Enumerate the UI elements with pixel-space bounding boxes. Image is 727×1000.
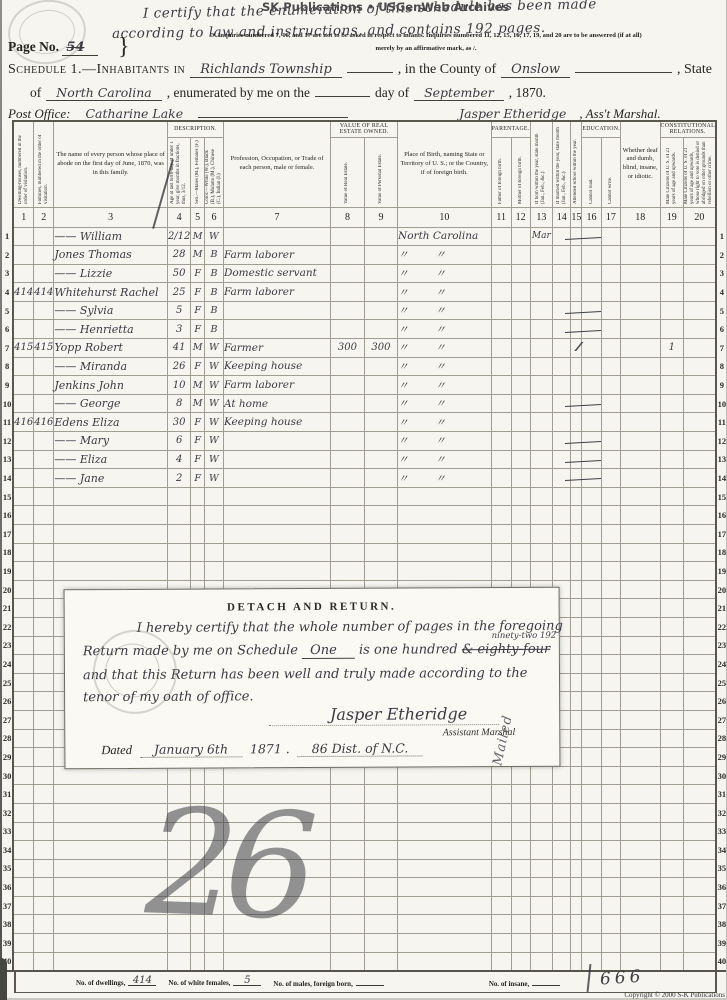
big-pencil-number: 26: [144, 789, 307, 940]
cell-occ: [223, 301, 330, 320]
cell-fb: [491, 357, 511, 376]
cell-fam: [34, 934, 54, 953]
column-group-header: DESCRIPTION.: [167, 121, 223, 137]
cell-deaf: [620, 543, 660, 562]
cell-deaf: [620, 432, 660, 451]
cell-c20: [684, 915, 716, 934]
cell-dw: 414: [13, 283, 34, 302]
cell-mb: [511, 301, 530, 320]
cell-c20: [684, 543, 716, 562]
cell-cr: [582, 748, 601, 767]
blank-rule: [198, 104, 348, 118]
cell-fam: [34, 655, 54, 674]
footer-ink-marks: 666: [599, 966, 645, 989]
cell-occ: Farm laborer: [223, 246, 330, 265]
cell-c20: [684, 264, 716, 283]
cell-born: [530, 822, 553, 841]
cell-cw: [601, 710, 620, 729]
cell-sex: [191, 952, 205, 971]
cell-fam: [34, 785, 54, 804]
cell-pob: [398, 822, 492, 841]
cell-pe: [364, 469, 397, 488]
cell-fb: [491, 934, 511, 953]
column-number: 4: [167, 207, 190, 227]
cell-mb: [511, 339, 530, 358]
row-number: 18: [2, 543, 13, 562]
cell-mar: [553, 525, 571, 544]
cell-dw: [13, 469, 34, 488]
cell-name: [54, 952, 168, 971]
cell-fam: [34, 432, 54, 451]
census-table: Dwelling-houses, numbered in the order o…: [2, 120, 727, 972]
cell-re: [331, 841, 365, 860]
cell-pe: [364, 413, 397, 432]
cell-sex: [191, 543, 205, 562]
cell-mar: [553, 487, 571, 506]
cell-cw: [601, 636, 620, 655]
cell-mar: [553, 320, 571, 339]
cell-pob: 〃 〃: [398, 394, 492, 413]
cell-sch: [571, 766, 582, 785]
column-number: 13: [530, 207, 553, 227]
cell-fam: [34, 896, 54, 915]
cell-cw: [601, 301, 620, 320]
cell-deaf: [620, 766, 660, 785]
totals-insane: No. of insane,: [489, 977, 560, 988]
certificate-is: is: [359, 643, 370, 658]
cell-pe: [364, 525, 397, 544]
cell-born: [530, 339, 553, 358]
cell-sch: [571, 376, 582, 395]
cell-re: [331, 859, 365, 878]
cell-dw: [13, 580, 34, 599]
row-number: 6: [2, 320, 13, 339]
cell-sch: [571, 822, 582, 841]
cell-c19: [660, 785, 684, 804]
cell-c19: [660, 934, 684, 953]
cell-cr: [582, 283, 601, 302]
cell-cw: [601, 822, 620, 841]
cell-fb: [491, 766, 511, 785]
cell-pob: 〃 〃: [398, 301, 492, 320]
cell-c19: [660, 692, 684, 711]
cell-born: [530, 896, 553, 915]
cell-deaf: [620, 339, 660, 358]
cell-fb: [491, 487, 511, 506]
cell-mar: [553, 394, 571, 413]
cell-cw: [601, 432, 620, 451]
cell-age: 28: [167, 246, 190, 265]
row-number: 1: [2, 227, 13, 246]
cell-name: Yopp Robert: [54, 339, 168, 358]
cell-sex: M: [191, 246, 205, 265]
district-value: 86 Dist. of N.C.: [298, 740, 423, 757]
cell-c19: [660, 859, 684, 878]
cell-fb: [491, 952, 511, 971]
cell-cw: [601, 320, 620, 339]
cell-fam: [34, 394, 54, 413]
cell-sch: [571, 617, 582, 636]
cell-re: [331, 227, 365, 246]
cell-occ: [223, 506, 330, 525]
cell-c19: [660, 376, 684, 395]
cell-pe: [364, 506, 397, 525]
cell-fam: [34, 822, 54, 841]
cell-cr: [582, 803, 601, 822]
corner: [2, 137, 13, 207]
cell-c20: [684, 301, 716, 320]
cell-c20: [684, 283, 716, 302]
cell-cr: [582, 822, 601, 841]
cell-pob: 〃 〃: [398, 469, 492, 488]
cell-pe: [364, 822, 397, 841]
signature-rule: [269, 724, 499, 726]
cell-pe: [364, 878, 397, 897]
row-number: 29: [2, 748, 13, 767]
cell-color: W: [204, 394, 223, 413]
column-group-header: CONSTITUTIONAL RELATIONS.: [660, 121, 716, 137]
cell-c20: [684, 673, 716, 692]
column-header: Value of Real Estate.: [331, 137, 365, 207]
cell-born: [530, 450, 553, 469]
cell-c19: [660, 896, 684, 915]
column-number: 2: [34, 207, 54, 227]
cell-pe: [364, 803, 397, 822]
cell-cw: [601, 376, 620, 395]
cell-pob: [398, 841, 492, 860]
cell-fam: [34, 673, 54, 692]
cell-pob: [398, 934, 492, 953]
cell-dw: [13, 803, 34, 822]
corrected-count: & eighty-four ninety-two 192: [462, 642, 551, 657]
cell-fam: [34, 506, 54, 525]
cell-deaf: [620, 320, 660, 339]
cell-cr: [582, 859, 601, 878]
row-number: 5: [2, 301, 13, 320]
of-label: of: [30, 85, 41, 101]
cell-cw: [601, 469, 620, 488]
cell-color: B: [204, 283, 223, 302]
cell-dw: [13, 673, 34, 692]
cell-occ: Farmer: [223, 339, 330, 358]
cell-name: Whitehurst Rachel: [54, 283, 168, 302]
cell-sch: [571, 301, 582, 320]
cell-cr: [582, 785, 601, 804]
column-number: 18: [620, 207, 660, 227]
column-number: 10: [398, 207, 492, 227]
cell-pe: [364, 543, 397, 562]
cell-c19: [660, 246, 684, 265]
cell-cr: [582, 339, 601, 358]
cell-fb: [491, 785, 511, 804]
cell-fb: [491, 320, 511, 339]
cell-occ: [223, 543, 330, 562]
cell-cr: [582, 617, 601, 636]
cell-fam: [34, 264, 54, 283]
cell-re: [331, 562, 365, 581]
cell-mar: [553, 841, 571, 860]
cell-mar: [553, 803, 571, 822]
cell-color: B: [204, 246, 223, 265]
cell-pob: [398, 766, 492, 785]
cell-pe: [364, 394, 397, 413]
cell-sch: [571, 673, 582, 692]
cell-c20: [684, 357, 716, 376]
cell-dw: [13, 301, 34, 320]
cell-c20: [684, 469, 716, 488]
cell-cw: [601, 896, 620, 915]
cell-age: [167, 506, 190, 525]
cell-deaf: [620, 301, 660, 320]
cell-deaf: [620, 859, 660, 878]
cell-mar: [553, 413, 571, 432]
cell-deaf: [620, 357, 660, 376]
cell-dw: [13, 841, 34, 860]
cell-cw: [601, 766, 620, 785]
cell-mb: [511, 785, 530, 804]
cell-c19: [660, 506, 684, 525]
cell-cw: [601, 803, 620, 822]
cell-fam: [34, 525, 54, 544]
cell-pob: [398, 487, 492, 506]
cell-pob: [398, 506, 492, 525]
cell-cw: [601, 748, 620, 767]
cell-pob: [398, 915, 492, 934]
cell-name: —— William: [54, 227, 168, 246]
cell-dw: [13, 394, 34, 413]
cell-pe: [364, 859, 397, 878]
row-number: 22: [2, 617, 13, 636]
cell-c19: [660, 432, 684, 451]
cell-name: [54, 525, 168, 544]
row-number: 26: [2, 692, 13, 711]
cell-born: [530, 320, 553, 339]
cell-dw: [13, 617, 34, 636]
cell-mar: [553, 766, 571, 785]
cell-c19: [660, 450, 684, 469]
cell-cw: [601, 339, 620, 358]
cell-fam: [34, 692, 54, 711]
cell-name: —— Lizzie: [54, 264, 168, 283]
cell-born: [530, 562, 553, 581]
cell-c19: [660, 394, 684, 413]
column-group-header: EDUCATION.: [582, 121, 621, 137]
cell-cw: [601, 692, 620, 711]
cell-re: [331, 357, 365, 376]
cell-fb: [491, 450, 511, 469]
schedule-heading-line2: of North Carolina , enumerated by me on …: [30, 83, 599, 101]
cell-occ: Farm laborer: [223, 376, 330, 395]
cell-re: [331, 896, 365, 915]
cell-born: [530, 264, 553, 283]
cell-deaf: [620, 506, 660, 525]
cell-mar: [553, 357, 571, 376]
cell-color: W: [204, 376, 223, 395]
cell-sch: [571, 729, 582, 748]
cell-pob: [398, 878, 492, 897]
cell-age: [167, 525, 190, 544]
cell-re: [331, 264, 365, 283]
totals-white-females-blank: 5: [233, 977, 261, 986]
blank-rule: [575, 59, 672, 73]
cell-age: 41: [167, 339, 190, 358]
cell-deaf: [620, 934, 660, 953]
cell-mar: [553, 562, 571, 581]
column-header: Male Citizens of U. S. of 21 years of ag…: [660, 137, 684, 207]
cell-sch: [571, 636, 582, 655]
cell-mar: [553, 952, 571, 971]
cell-name: [54, 562, 168, 581]
cell-cw: [601, 264, 620, 283]
column-group-header: VALUE OF REAL ESTATE OWNED.: [331, 121, 398, 137]
cell-name: —— Eliza: [54, 450, 168, 469]
cell-cw: [601, 543, 620, 562]
cell-re: [331, 785, 365, 804]
cell-c20: [684, 636, 716, 655]
cell-deaf: [620, 841, 660, 860]
column-header: The name of every person whose place of …: [54, 121, 168, 207]
cell-cr: [582, 934, 601, 953]
cell-cr: [582, 952, 601, 971]
cell-c19: [660, 301, 684, 320]
dated-line: Dated January 6th 1871 . 86 Dist. of N.C…: [101, 740, 430, 758]
cell-cr: [582, 413, 601, 432]
cell-re: [331, 283, 365, 302]
cell-cr: [582, 915, 601, 934]
cell-dw: [13, 822, 34, 841]
cell-pe: [364, 766, 397, 785]
cell-occ: Domestic servant: [223, 264, 330, 283]
cell-mb: [511, 525, 530, 544]
cell-color: W: [204, 357, 223, 376]
cell-pe: [364, 246, 397, 265]
cell-born: [530, 432, 553, 451]
cell-fam: [34, 599, 54, 618]
cell-re: [331, 915, 365, 934]
cell-cr: [582, 692, 601, 711]
cell-c20: [684, 803, 716, 822]
row-number: 12: [2, 432, 13, 451]
column-number: 11: [491, 207, 511, 227]
cell-color: [204, 525, 223, 544]
cell-mar: [553, 543, 571, 562]
cell-mb: [511, 766, 530, 785]
column-group-header: PARENTAGE.: [491, 121, 530, 137]
cell-born: [530, 376, 553, 395]
cell-deaf: [620, 562, 660, 581]
state-value: North Carolina: [46, 85, 162, 101]
cell-deaf: [620, 636, 660, 655]
cell-c19: [660, 673, 684, 692]
cell-sch: [571, 525, 582, 544]
cell-born: [530, 841, 553, 860]
cell-born: [530, 766, 553, 785]
cell-fam: [34, 841, 54, 860]
cell-sex: F: [191, 264, 205, 283]
cell-c20: [684, 655, 716, 674]
cell-fam: [34, 859, 54, 878]
cell-sex: F: [191, 469, 205, 488]
year-label: , 1870.: [509, 85, 546, 101]
certificate-title: DETACH AND RETURN.: [65, 600, 559, 615]
cell-pe: [364, 320, 397, 339]
cell-c19: [660, 915, 684, 934]
cell-dw: [13, 432, 34, 451]
cell-mb: [511, 487, 530, 506]
cell-fam: [34, 748, 54, 767]
cell-sch: [571, 357, 582, 376]
cell-occ: [223, 469, 330, 488]
cell-deaf: [620, 803, 660, 822]
cell-color: W: [204, 469, 223, 488]
inquiries-note-line1: ☞ Inquiries numbered 7, 16, and 17 are n…: [130, 30, 722, 43]
column-header: Age at last birth-day. If under 1 year, …: [167, 137, 190, 207]
cell-sex: F: [191, 283, 205, 302]
cell-re: [331, 487, 365, 506]
cell-sch: [571, 413, 582, 432]
cell-age: [167, 543, 190, 562]
cell-cr: [582, 376, 601, 395]
cell-re: [331, 878, 365, 897]
row-number: 31: [2, 785, 13, 804]
cell-born: [530, 803, 553, 822]
enumerated-label: , enumerated by me on the: [167, 85, 310, 101]
cell-mar: [553, 785, 571, 804]
cell-sex: F: [191, 320, 205, 339]
column-header: Cannot write.: [601, 137, 620, 207]
cell-c20: [684, 339, 716, 358]
cell-cr: [582, 525, 601, 544]
cell-mb: [511, 246, 530, 265]
cell-fb: [491, 432, 511, 451]
cell-c20: [684, 766, 716, 785]
cell-sch: [571, 599, 582, 618]
cell-color: [204, 562, 223, 581]
cell-mar: [553, 822, 571, 841]
cell-fam: [34, 617, 54, 636]
cell-cr: [582, 841, 601, 860]
row-number: 39: [2, 934, 13, 953]
cell-mb: [511, 934, 530, 953]
cell-mb: [511, 283, 530, 302]
cell-cw: [601, 283, 620, 302]
cell-c19: [660, 766, 684, 785]
cell-dw: [13, 785, 34, 804]
cell-re: [331, 506, 365, 525]
cell-c19: [660, 729, 684, 748]
column-number: 1: [13, 207, 34, 227]
cell-pe: [364, 915, 397, 934]
cell-color: B: [204, 301, 223, 320]
cell-sch: [571, 432, 582, 451]
cell-mar: [553, 859, 571, 878]
cell-cw: [601, 525, 620, 544]
census-scan-page: SK Publications • USGenWeb Archives I ce…: [0, 0, 727, 1000]
cell-deaf: [620, 673, 660, 692]
cell-name: —— Sylvia: [54, 301, 168, 320]
cell-occ: [223, 952, 330, 971]
cell-sex: M: [191, 376, 205, 395]
cell-c19: [660, 841, 684, 860]
totals-white-females-label: No. of white females,: [168, 979, 230, 987]
cell-cr: [582, 710, 601, 729]
cell-fb: [491, 376, 511, 395]
cell-dw: [13, 376, 34, 395]
cell-cr: [582, 766, 601, 785]
cell-c19: [660, 580, 684, 599]
row-number: 38: [2, 915, 13, 934]
cell-pob: 〃 〃: [398, 339, 492, 358]
